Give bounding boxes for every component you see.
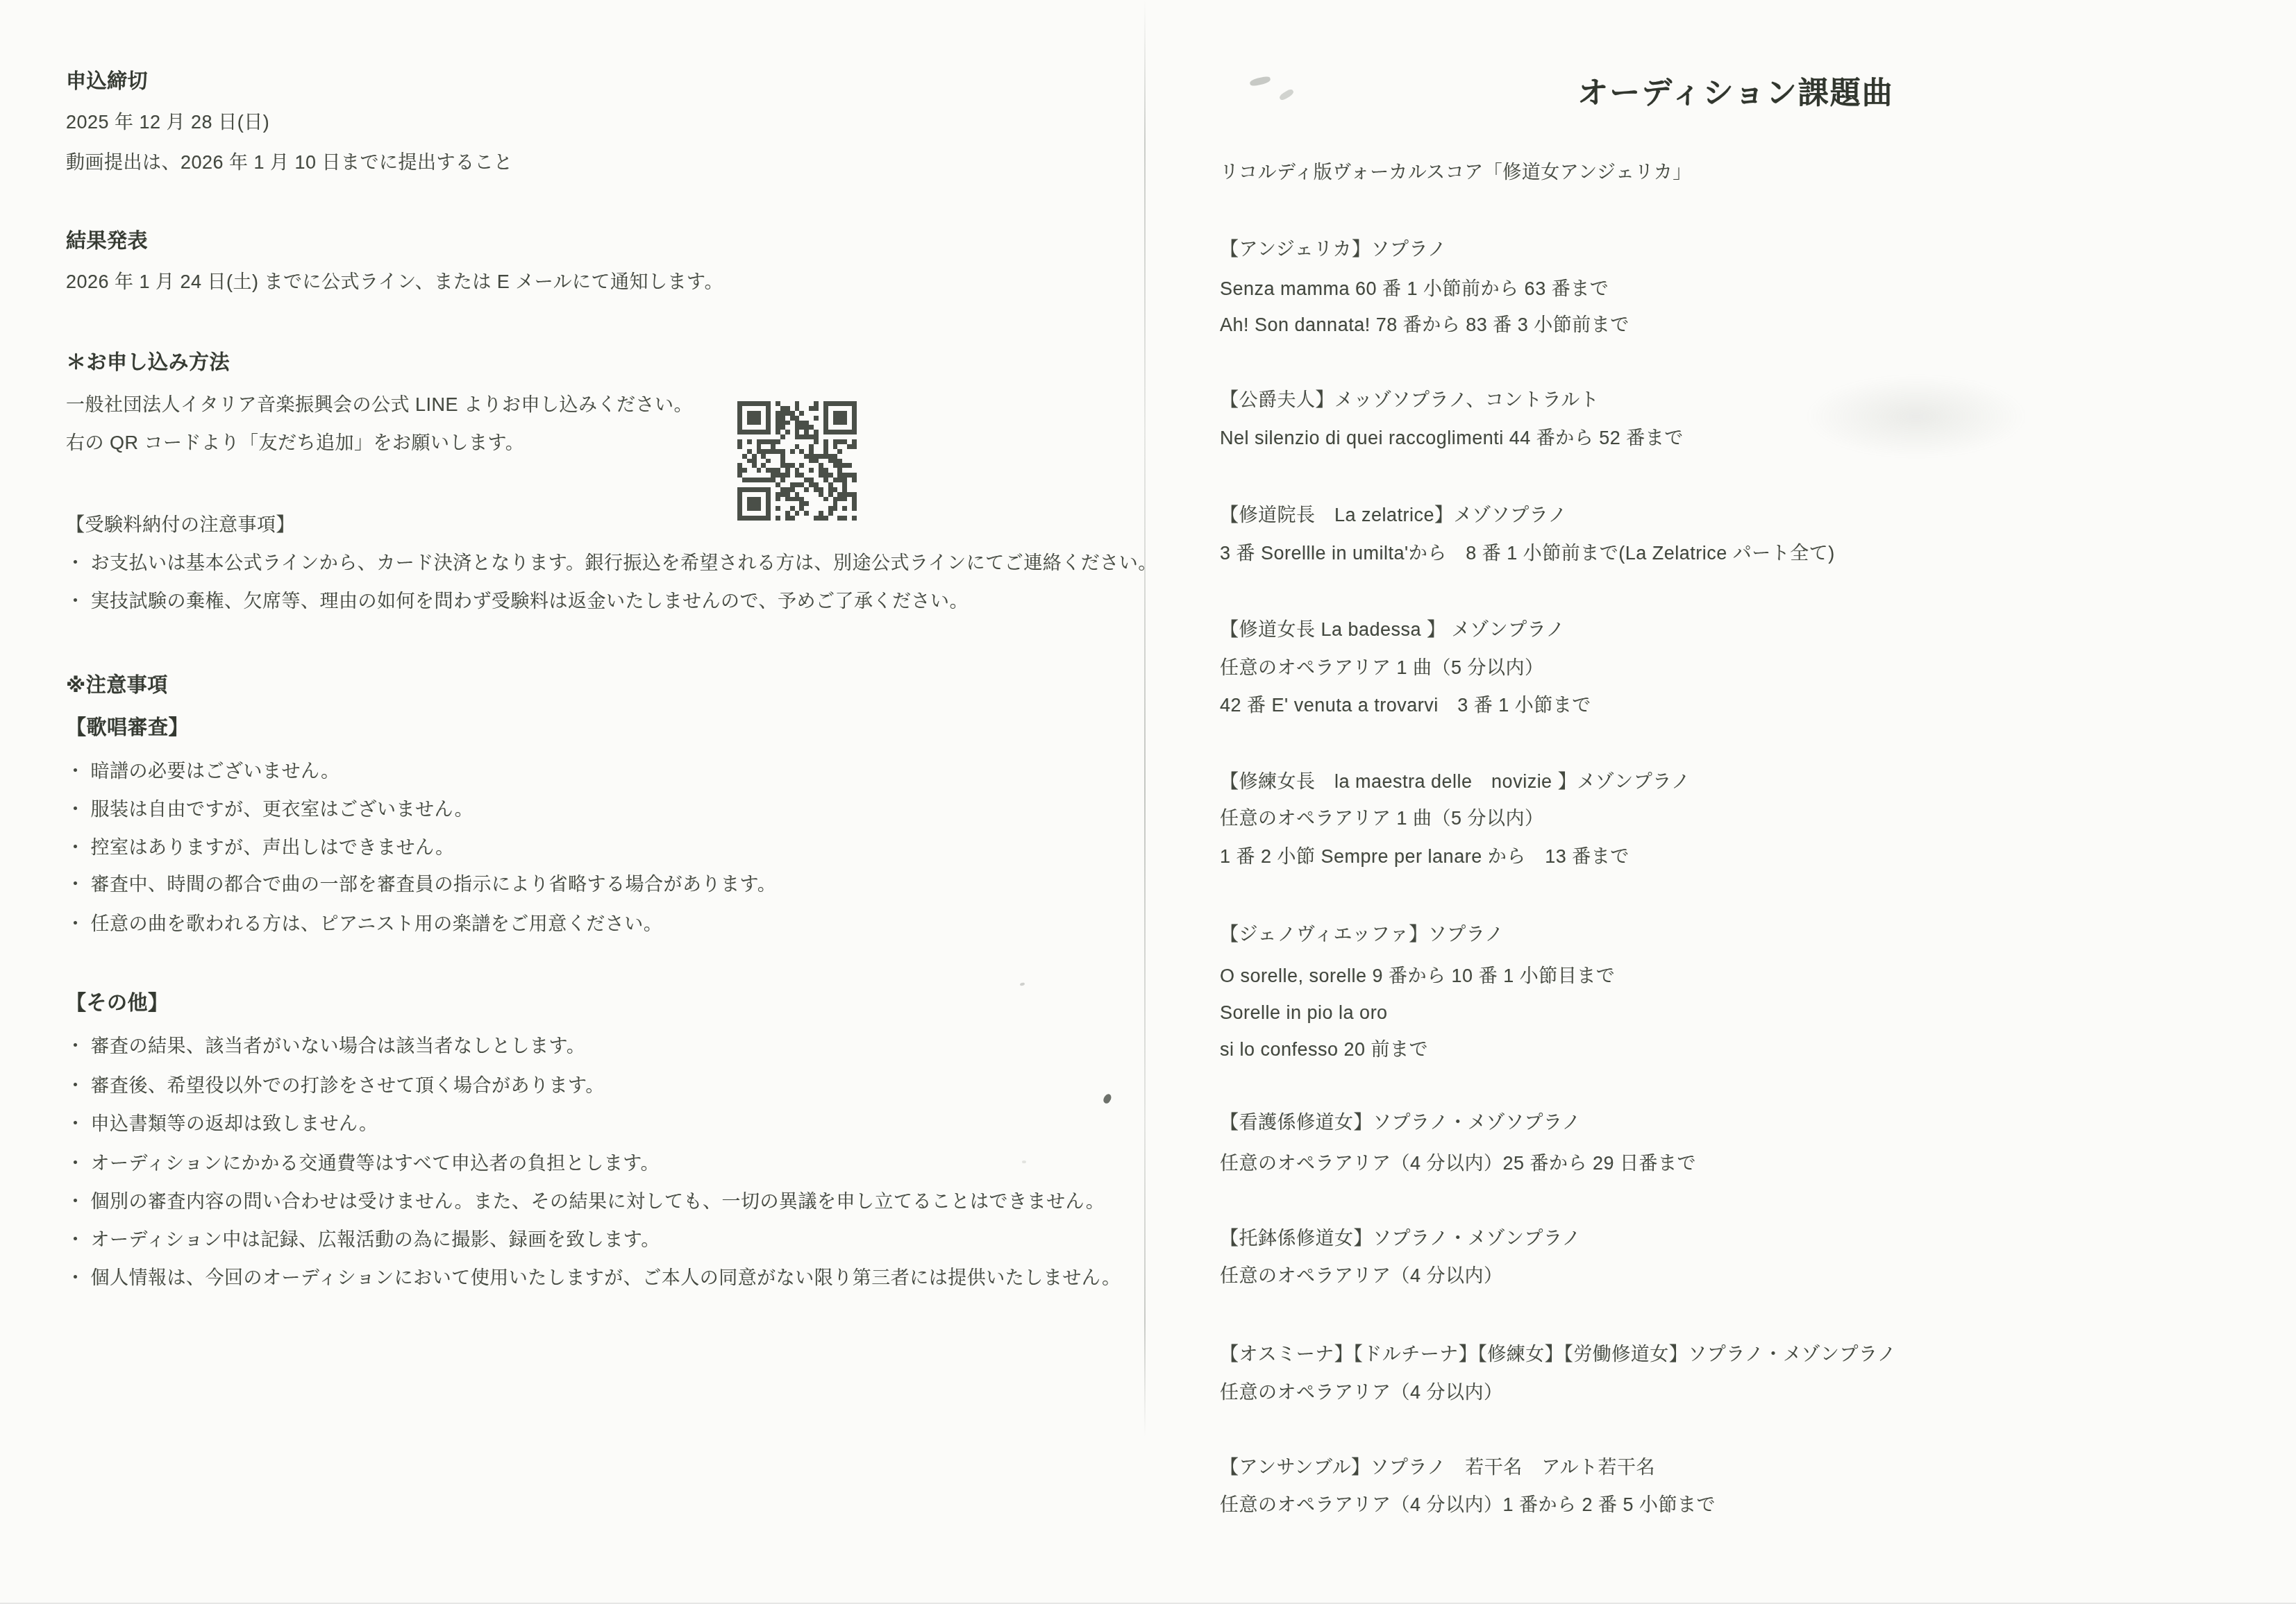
other-bullet: ・ 申込書類等の返却は致しません。 <box>66 1113 378 1136</box>
role-line: O sorelle, sorelle 9 番から 10 番 1 小節目まで <box>1220 965 1615 988</box>
results-body: 2026 年 1 月 24 日(土) までに公式ライン、または E メールにて通… <box>66 271 723 294</box>
other-heading: 【その他】 <box>66 991 169 1016</box>
role-line: Nel silenzio di quei raccoglimenti 44 番か… <box>1220 427 1684 450</box>
results-heading: 結果発表 <box>66 229 148 254</box>
scan-speck <box>1102 1092 1113 1104</box>
role-heading: 【托鉢係修道女】ソプラノ・メゾンプラノ <box>1220 1227 1581 1251</box>
role-heading: 【ジェノヴィエッファ】ソプラノ <box>1220 923 1504 947</box>
role-line: 任意のオペラアリア 1 曲（5 分以内） <box>1220 657 1543 680</box>
role-line: 任意のオペラアリア（4 分以内）1 番から 2 番 5 小節まで <box>1220 1494 1716 1517</box>
qr-code <box>737 401 857 521</box>
deadline-note: 動画提出は、2026 年 1 月 10 日までに提出すること <box>66 151 513 175</box>
payment-bullet: ・ お支払いは基本公式ラインから、カード決済となります。銀行振込を希望される方は… <box>66 552 1157 575</box>
payment-bullet: ・ 実技試験の棄権、欠席等、理由の如何を問わず受験料は返金いたしませんので、予め… <box>66 590 969 614</box>
apply-heading: ＊お申し込み方法 <box>66 351 230 375</box>
scan-smudge <box>1805 375 2027 458</box>
page-gutter-line <box>1144 0 1146 1437</box>
role-line: Sorelle in pio la oro <box>1220 1002 1388 1025</box>
apply-line1: 一般社団法人イタリア音楽振興会の公式 LINE よりお申し込みください。 <box>66 394 693 417</box>
notes-heading: ※注意事項 <box>66 673 168 698</box>
role-heading: 【修練女長 la maestra delle novizie 】メゾンプラノ <box>1220 770 1691 794</box>
singing-bullet: ・ 暗譜の必要はございません。 <box>66 760 340 784</box>
other-bullet: ・ オーディションにかかる交通費等はすべて申込者の負担とします。 <box>66 1152 660 1176</box>
role-heading: 【オスミーナ】【ドルチーナ】【修練女】【労働修道女】ソプラノ・メゾンプラノ <box>1220 1343 1896 1367</box>
singing-bullet: ・ 服装は自由ですが、更衣室はございません。 <box>66 798 474 822</box>
scanned-document: 申込締切 2025 年 12 月 28 日(日) 動画提出は、2026 年 1 … <box>0 0 2296 1604</box>
deadline-date: 2025 年 12 月 28 日(日) <box>66 111 269 135</box>
page-title: オーディション課題曲 <box>1180 68 2291 112</box>
scan-speck <box>1022 1160 1026 1163</box>
score-edition: リコルディ版ヴォーカルスコア「修道女アンジェリカ」 <box>1220 161 1692 185</box>
other-bullet: ・ オーディション中は記録、広報活動の為に撮影、録画を致します。 <box>66 1229 660 1252</box>
role-heading: 【アンジェリカ】ソプラノ <box>1220 238 1447 262</box>
singing-heading: 【歌唱審査】 <box>66 716 189 741</box>
role-heading: 【修道女長 La badessa 】 メゾンプラノ <box>1220 618 1565 642</box>
role-line: 任意のオペラアリア（4 分以内） <box>1220 1265 1502 1288</box>
role-line: 任意のオペラアリア（4 分以内） <box>1220 1381 1502 1405</box>
role-heading: 【修道院長 La zelatrice】メゾソプラノ <box>1220 504 1567 527</box>
other-bullet: ・ 審査の結果、該当者がいない場合は該当者なしとします。 <box>66 1035 585 1058</box>
other-bullet: ・ 個人情報は、今回のオーディションにおいて使用いたしますが、ご本人の同意がない… <box>66 1267 1121 1290</box>
role-line: Ah! Son dannata! 78 番から 83 番 3 小節前まで <box>1220 314 1629 337</box>
role-line: 任意のオペラアリア（4 分以内）25 番から 29 日番まで <box>1220 1152 1696 1176</box>
deadline-heading: 申込締切 <box>66 69 148 94</box>
singing-bullet: ・ 審査中、時間の都合で曲の一部を審査員の指示により省略する場合があります。 <box>66 873 776 897</box>
role-line: 1 番 2 小節 Sempre per lanare から 13 番まで <box>1220 845 1629 869</box>
role-line: 3 番 Sorellle in umilta'から 8 番 1 小節前まで(La… <box>1220 542 1835 566</box>
role-line: 42 番 E' venuta a trovarvi 3 番 1 小節まで <box>1220 694 1591 718</box>
role-heading: 【公爵夫人】メッゾソプラノ、コントラルト <box>1220 389 1599 412</box>
apply-line2: 右の QR コードより「友だち追加」をお願いします。 <box>66 432 524 455</box>
role-line: si lo confesso 20 前まで <box>1220 1038 1428 1062</box>
singing-bullet: ・ 控室はありますが、声出しはできません。 <box>66 836 455 860</box>
role-heading: 【看護係修道女】ソプラノ・メゾソプラノ <box>1220 1111 1581 1135</box>
role-line: 任意のオペラアリア 1 曲（5 分以内） <box>1220 807 1543 831</box>
payment-heading: 【受験料納付の注意事項】 <box>66 514 295 537</box>
singing-bullet: ・ 任意の曲を歌われる方は、ピアニスト用の楽譜をご用意ください。 <box>66 913 662 936</box>
other-bullet: ・ 審査後、希望役以外での打診をさせて頂く場合があります。 <box>66 1074 605 1098</box>
scan-speck <box>1020 982 1025 986</box>
other-bullet: ・ 個別の審査内容の問い合わせは受けません。また、その結果に対しても、一切の異議… <box>66 1190 1105 1214</box>
role-line: Senza mamma 60 番 1 小節前から 63 番まで <box>1220 278 1609 301</box>
role-heading: 【アンサンブル】ソプラノ 若干名 アルト若干名 <box>1220 1456 1655 1480</box>
